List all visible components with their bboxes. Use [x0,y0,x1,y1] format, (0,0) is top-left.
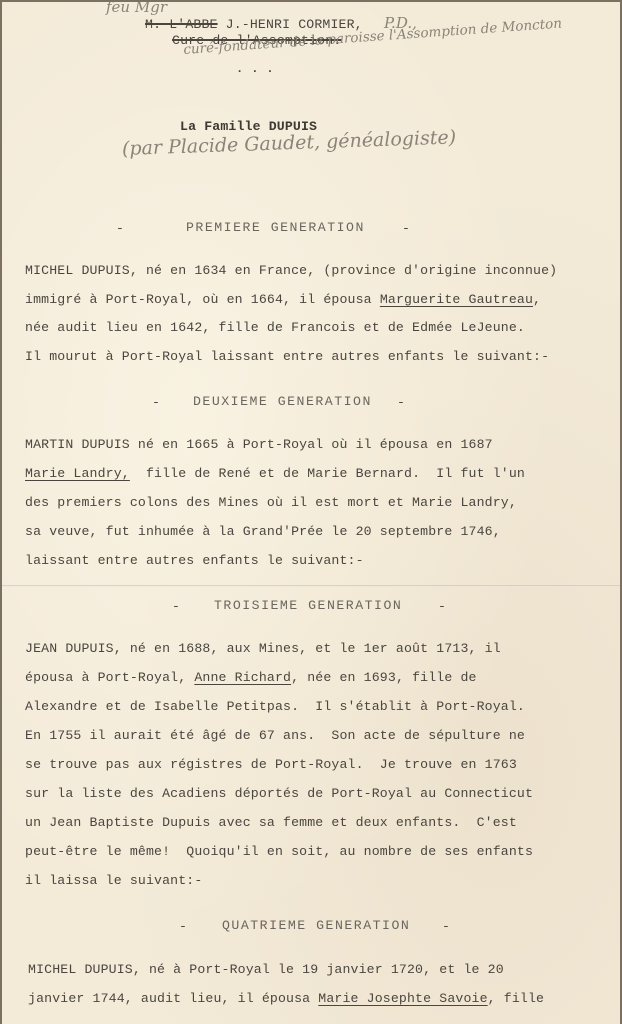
document-page: feu Mgr M. L'ABBE J.-HENRI CORMIER, P.D.… [2,2,620,1024]
spouse-name: Anne Richard [194,670,291,685]
struck-title: M. L'ABBE [145,17,218,32]
text-line: MICHEL DUPUIS, né à Port-Royal le 19 jan… [28,962,504,977]
section-heading: DEUXIEME GENERATION [193,394,372,409]
handwritten-prefix: feu Mgr [106,2,167,16]
text-line: il laissa le suivant:- [25,873,202,888]
text-line: des premiers colons des Mines où il est … [25,495,517,510]
text-line: épousa à Port-Royal, Anne Richard, née e… [25,670,477,685]
heading-dash-right: - [442,919,450,934]
header-name: J.-HENRI CORMIER, [226,17,363,32]
text-line: sur la liste des Acadiens déportés de Po… [25,786,533,801]
spouse-name: Marguerite Gautreau [380,292,533,307]
text-line: peut-être le même! Quoiqu'il en soit, au… [25,844,533,859]
text-line: Alexandre et de Isabelle Petitpas. Il s'… [25,699,525,714]
ellipsis-dots: ... [236,62,282,76]
heading-dash-right: - [402,221,410,236]
paper-fold-line [2,585,620,587]
text-line: immigré à Port-Royal, où en 1664, il épo… [25,292,541,307]
text-line: sa veuve, fut inhumée à la Grand'Prée le… [25,524,501,539]
heading-dash-left: - [116,221,124,236]
text-line: JEAN DUPUIS, né en 1688, aux Mines, et l… [25,641,501,656]
text-line: Il mourut à Port-Royal laissant entre au… [25,349,549,364]
heading-dash-left: - [179,919,187,934]
handwritten-author: (par Placide Gaudet, généalogiste) [122,126,457,160]
heading-dash-left: - [152,395,160,410]
text-line: janvier 1744, audit lieu, il épousa Mari… [28,991,544,1006]
section-heading: TROISIEME GENERATION [214,598,402,613]
spouse-name: Marie Josephte Savoie [318,991,487,1006]
spouse-name: Marie Landry, [25,466,130,481]
text-line: Marie Landry, fille de René et de Marie … [25,466,525,481]
header-name-line: M. L'ABBE J.-HENRI CORMIER, [145,17,363,32]
text-line: se trouve pas aux régistres de Port-Roya… [25,757,517,772]
text-line: un Jean Baptiste Dupuis avec sa femme et… [25,815,517,830]
section-heading: PREMIERE GENERATION [186,220,365,235]
text-line: MARTIN DUPUIS né en 1665 à Port-Royal où… [25,437,493,452]
text-line: laissant entre autres enfants le suivant… [25,553,364,568]
heading-dash-right: - [438,599,446,614]
text-line: En 1755 il aurait été âgé de 67 ans. Son… [25,728,525,743]
heading-dash-right: - [397,395,405,410]
text-line: MICHEL DUPUIS, né en 1634 en France, (pr… [25,263,557,278]
text-line: née audit lieu en 1642, fille de Francoi… [25,320,525,335]
heading-dash-left: - [172,599,180,614]
section-heading: QUATRIEME GENERATION [222,918,410,933]
